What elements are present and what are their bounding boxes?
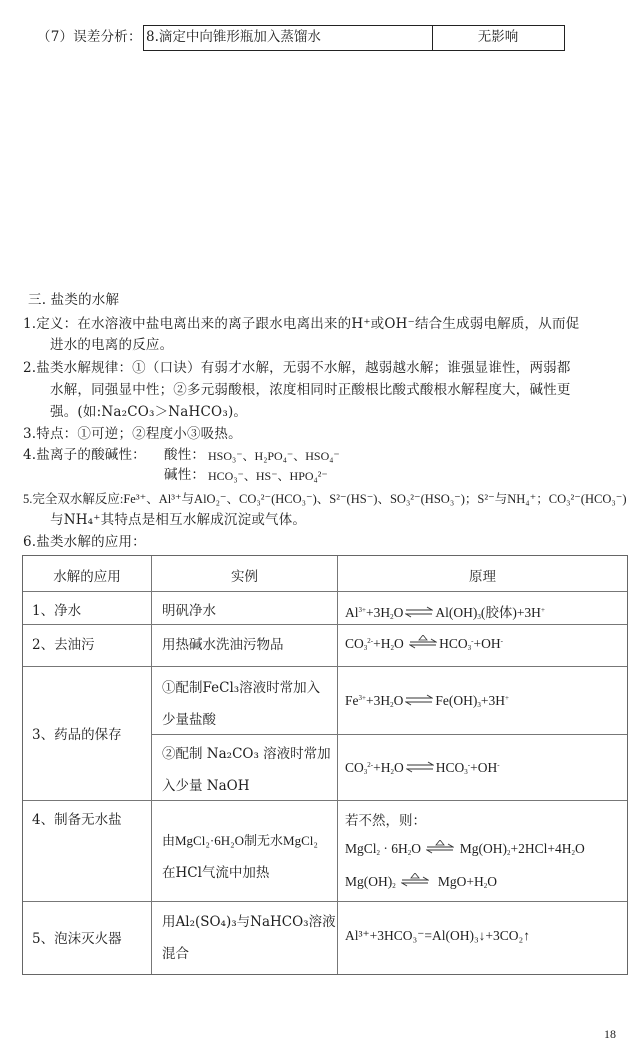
column-divider	[337, 556, 338, 974]
error-analysis-item: 8.滴定中向锥形瓶加入蒸馏水	[144, 26, 433, 50]
row3-application: 3、药品的保存	[32, 723, 122, 743]
row-divider	[23, 666, 627, 667]
row2-principle: CO32-+H2O HCO3-+OH-	[345, 635, 503, 652]
equilibrium-arrow-icon	[405, 606, 433, 618]
rule-line-2: 水解，同强显中性；②多元弱酸根，浓度相同时正酸根比酸式酸根水解程度大，碱性更	[50, 381, 571, 399]
row5-example-line1: 用Al₂(SO₄)₃与NaHCO₃溶液	[162, 910, 336, 930]
row-divider	[23, 901, 627, 902]
row3a-example-line2: 少量盐酸	[162, 708, 216, 728]
equilibrium-arrow-icon	[405, 694, 433, 706]
row4-principle-eq2: Mg(OH)2 MgO+H2O	[345, 873, 497, 890]
rule-line-1: 2.盐类水解规律：①（口诀）有弱才水解，无弱不水解，越弱越水解；谁强显谁性，两弱…	[23, 359, 571, 377]
heat-equilibrium-arrow-icon	[401, 873, 429, 887]
definition-line-2: 进水的电离的反应。	[50, 336, 173, 354]
heat-equilibrium-arrow-icon	[409, 635, 437, 649]
row-divider	[23, 591, 627, 592]
row1-application: 1、净水	[32, 599, 81, 619]
hydrolysis-applications-table: 水解的应用 实例 原理 1、净水 明矾净水 Al3++3H2OAl(OH)3(胶…	[22, 555, 628, 975]
row3b-principle: CO32-+H2OHCO3-+OH-	[345, 760, 500, 776]
base-label: 碱性：	[164, 466, 205, 484]
row1-example: 明矾净水	[162, 599, 216, 619]
row-divider	[151, 734, 627, 735]
row4-example-line2: 在HCl气流中加热	[162, 861, 269, 881]
header-principle: 原理	[338, 565, 627, 585]
row3b-example-line1: ②配制 Na₂CO₃ 溶液时常加	[162, 742, 331, 762]
row2-application: 2、去油污	[32, 633, 95, 653]
applications-heading: 6.盐类水解的应用：	[23, 533, 146, 551]
column-divider	[151, 556, 152, 974]
rule-line-3: 强。(如:Na₂CO₃＞NaHCO₃)。	[50, 403, 247, 421]
row3a-principle: Fe3++3H2OFe(OH)3+3H+	[345, 693, 509, 709]
row3b-example-line2: 入少量 NaOH	[162, 774, 250, 794]
row-divider	[23, 624, 627, 625]
double-hydrolysis-line-1: 5.完全双水解反应:Fe³⁺、Al³⁺与AlO₂⁻、CO₃²⁻(HCO₃⁻)、S…	[23, 490, 626, 508]
row3a-example-line1: ①配制FeCl₃溶液时常加入	[162, 676, 320, 696]
acid-label: 酸性：	[164, 446, 205, 464]
error-analysis-box: 8.滴定中向锥形瓶加入蒸馏水 无影响	[143, 25, 565, 51]
row4-application: 4、制备无水盐	[32, 808, 122, 828]
error-analysis-result: 无影响	[433, 26, 563, 50]
row5-application: 5、泡沫灭火器	[32, 927, 122, 947]
header-example: 实例	[152, 565, 337, 585]
page-number: 18	[604, 1027, 616, 1042]
row4-principle-note: 若不然，则：	[345, 809, 426, 829]
acid-ions: HSO₃⁻、H₂PO₄⁻、HSO₄⁻	[208, 447, 340, 465]
acidity-label: 4.盐离子的酸碱性：	[23, 446, 146, 464]
features-line: 3.特点：①可逆；②程度小③吸热。	[23, 425, 242, 443]
double-hydrolysis-line-2: 与NH₄⁺其特点是相互水解成沉淀或气体。	[50, 511, 306, 529]
row4-principle-eq1: MgCl2 · 6H2O Mg(OH)2+2HCl+4H2O	[345, 840, 585, 857]
row-divider	[23, 800, 627, 801]
row4-example-line1: 由MgCl₂·6H₂O制无水MgCl₂	[162, 830, 318, 849]
row5-example-line2: 混合	[162, 942, 189, 962]
error-analysis-label: （7）误差分析：	[37, 28, 142, 46]
header-application: 水解的应用	[23, 565, 151, 585]
base-ions: HCO₃⁻、HS⁻、HPO₄²⁻	[208, 467, 328, 485]
definition-line-1: 1.定义：在水溶液中盐电离出来的离子跟水电离出来的H⁺或OH⁻结合生成弱电解质，…	[23, 315, 579, 333]
equilibrium-arrow-icon	[406, 761, 434, 773]
row2-example: 用热碱水洗油污物品	[162, 633, 284, 653]
section-title: 三. 盐类的水解	[28, 291, 119, 309]
heat-equilibrium-arrow-icon	[426, 840, 454, 854]
row5-principle: Al³⁺+3HCO₃⁻=Al(OH)₃↓+3CO₂↑	[345, 928, 530, 944]
row1-principle: Al3++3H2OAl(OH)3(胶体)+3H+	[345, 601, 545, 621]
